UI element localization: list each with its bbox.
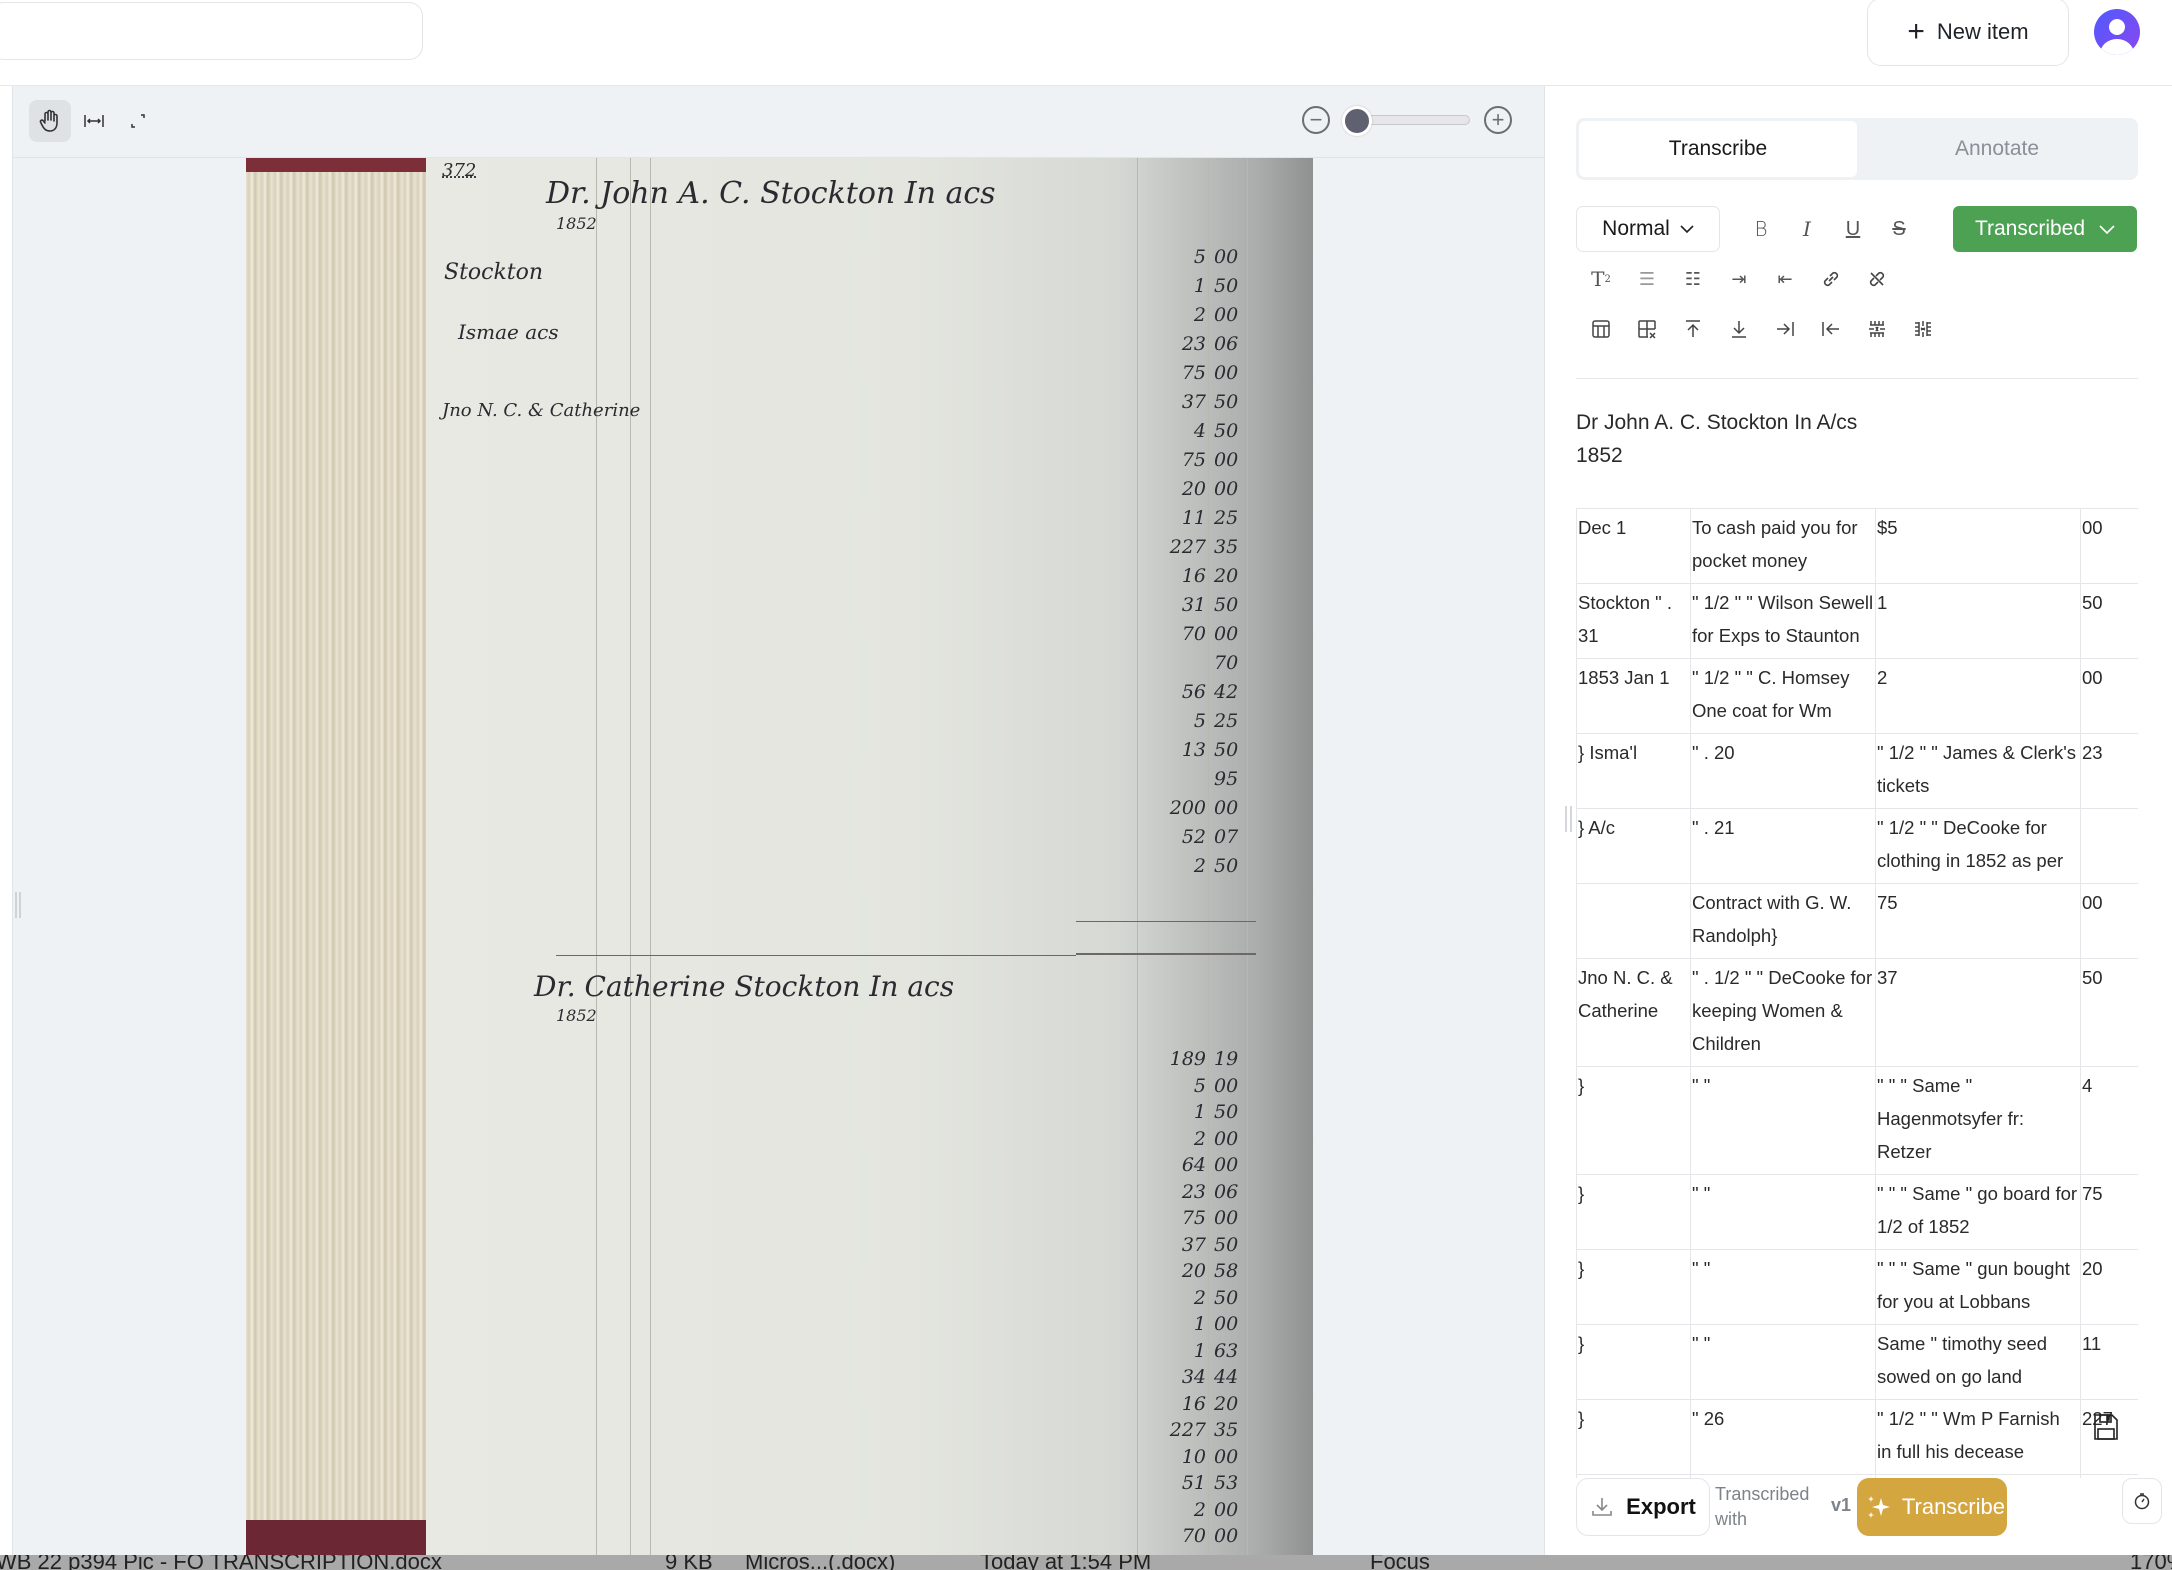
- page-number: 372: [442, 160, 476, 181]
- save-icon[interactable]: [2093, 1413, 2119, 1441]
- ledger-amount-cents: 00: [1214, 1207, 1238, 1229]
- panel-tabs: Transcribe Annotate: [1576, 118, 2138, 180]
- manuscript-image[interactable]: 372 Dr. John A. C. Stockton In acs 1852 …: [246, 158, 1313, 1560]
- export-button[interactable]: Export: [1576, 1478, 1710, 1536]
- ledger-amount-dollars: 75: [1151, 449, 1206, 471]
- table-cell[interactable]: Dec 1: [1577, 509, 1691, 584]
- table-cell[interactable]: " 1/2 " " C. Homsey One coat for Wm: [1691, 659, 1876, 734]
- plus-icon: +: [1907, 17, 1925, 47]
- ledger-amount-dollars: 11: [1151, 507, 1206, 529]
- ledger-amount-cents: 50: [1214, 1101, 1238, 1123]
- sparkle-icon: [1866, 1494, 1892, 1520]
- chevron-down-icon: [1680, 225, 1694, 234]
- table-cell[interactable]: }: [1577, 1067, 1691, 1175]
- ledger-amount-dollars: 5: [1151, 710, 1206, 732]
- ledger-amount-dollars: 1: [1151, 1101, 1206, 1123]
- ledger-amount-cents: 00: [1214, 246, 1238, 268]
- ledger-amount-dollars: 2: [1151, 1499, 1206, 1521]
- ledger-amount-dollars: 34: [1151, 1366, 1206, 1388]
- ledger-amount-cents: 35: [1214, 1419, 1238, 1441]
- ledger-amount-cents: 07: [1214, 826, 1238, 848]
- zoom-in-icon: +: [1492, 109, 1505, 131]
- ledger-amount-dollars: 1: [1151, 1313, 1206, 1335]
- ledger-amount-cents: 50: [1214, 1287, 1238, 1309]
- table-cell[interactable]: 4: [2081, 1067, 2139, 1175]
- ledger-amount-cents: 00: [1214, 1154, 1238, 1176]
- table-cell[interactable]: 2: [1876, 659, 2081, 734]
- ledger-amount-dollars: 4: [1151, 420, 1206, 442]
- ledger-amount-dollars: 227: [1151, 536, 1206, 558]
- ledger-amount-cents: 00: [1214, 478, 1238, 500]
- ledger-amount-dollars: 1: [1151, 275, 1206, 297]
- ledger-amount-cents: 53: [1214, 1472, 1238, 1494]
- delete-table-icon[interactable]: [1630, 312, 1664, 346]
- zoom-out-icon: −: [1310, 109, 1323, 131]
- insert-column-right-icon[interactable]: [1768, 312, 1802, 346]
- table-row: }" "Same " timothy seed sowed on go land…: [1577, 1325, 2139, 1400]
- table-cell[interactable]: } Isma'l: [1577, 734, 1691, 809]
- history-icon: [2133, 1492, 2151, 1510]
- table-row: }" "" " " Same " gun bought for you at L…: [1577, 1250, 2139, 1325]
- account-heading-2: Dr. Catherine Stockton In acs: [534, 970, 954, 1003]
- delete-row-icon[interactable]: [1860, 312, 1894, 346]
- ledger-amount-cents: 70: [1214, 652, 1238, 674]
- ledger-amount-cents: 00: [1214, 623, 1238, 645]
- viewer-toolbar: − +: [13, 86, 1544, 158]
- table-cell[interactable]: Same " timothy seed sowed on go land: [1876, 1325, 2081, 1400]
- ledger-amount-cents: 50: [1214, 391, 1238, 413]
- ledger-amount-cents: 00: [1214, 362, 1238, 384]
- ledger-amount-cents: 00: [1214, 1499, 1238, 1521]
- tab-annotate[interactable]: Annotate: [1858, 121, 2136, 177]
- ai-transcribe-button[interactable]: Transcribe: [1857, 1478, 2007, 1536]
- table-cell[interactable]: " 1/2 " " James & Clerk's tickets: [1876, 734, 2081, 809]
- table-cell[interactable]: 11: [2081, 1325, 2139, 1400]
- ledger-amount-cents: 25: [1214, 710, 1238, 732]
- transcription-table-container[interactable]: Dec 1To cash paid you for pocket money$5…: [1576, 508, 2138, 1538]
- table-cell[interactable]: " " " Same " go board for 1/2 of 1852: [1876, 1175, 2081, 1250]
- ledger-amount-cents: 50: [1214, 594, 1238, 616]
- tab-transcribe[interactable]: Transcribe: [1579, 121, 1857, 177]
- table-cell[interactable]: 75: [1876, 884, 2081, 959]
- ledger-amount-cents: 50: [1214, 1234, 1238, 1256]
- table-cell[interactable]: Contract with G. W. Randolph}: [1691, 884, 1876, 959]
- ledger-amount-cents: 06: [1214, 1181, 1238, 1203]
- ledger-amount-dollars: 2: [1151, 304, 1206, 326]
- table-cell[interactable]: 75: [2081, 1175, 2139, 1250]
- table-row: } Isma'l" . 20" 1/2 " " James & Clerk's …: [1577, 734, 2139, 809]
- unlink-icon[interactable]: [1860, 262, 1894, 296]
- table-cell[interactable]: 20: [2081, 1250, 2139, 1325]
- ledger-amount-cents: 50: [1214, 420, 1238, 442]
- ledger-amount-cents: 35: [1214, 536, 1238, 558]
- ledger-amount-cents: 00: [1214, 449, 1238, 471]
- table-cell[interactable]: " . 20: [1691, 734, 1876, 809]
- ledger-amount-dollars: 75: [1151, 362, 1206, 384]
- transcribed-with-label: Transcribed with: [1715, 1482, 1835, 1532]
- table-cell[interactable]: }: [1577, 1175, 1691, 1250]
- ledger-amount-cents: 00: [1214, 1446, 1238, 1468]
- table-cell[interactable]: " 26: [1691, 1400, 1876, 1475]
- table-cell[interactable]: " ": [1691, 1325, 1876, 1400]
- table-row: }" 26" 1/2 " " Wm P Farnish in full his …: [1577, 1400, 2139, 1475]
- ledger-amount-dollars: 200: [1151, 797, 1206, 819]
- image-viewer: − + 372 Dr. John A. C. Stockton In acs 1…: [12, 86, 1545, 1570]
- table-cell[interactable]: Stockton " . 31: [1577, 584, 1691, 659]
- ledger-amount-dollars: 2: [1151, 1128, 1206, 1150]
- ledger-amount-cents: 00: [1214, 1313, 1238, 1335]
- ledger-amount-cents: 00: [1214, 304, 1238, 326]
- ledger-amount-dollars: 75: [1151, 1207, 1206, 1229]
- table-cell[interactable]: " 1/2 " " Wilson Sewell for Exps to Stau…: [1691, 584, 1876, 659]
- ledger-amount-cents: 42: [1214, 681, 1238, 703]
- new-item-label: New item: [1937, 19, 2029, 45]
- table-cell[interactable]: Jno N. C. & Catherine: [1577, 959, 1691, 1067]
- table-cell[interactable]: " 1/2 " " Wm P Farnish in full his decea…: [1876, 1400, 2081, 1475]
- zoom-slider-thumb[interactable]: [1342, 106, 1372, 136]
- ledger-amount-dollars: 51: [1151, 1472, 1206, 1494]
- account-heading-1: Dr. John A. C. Stockton In acs: [546, 176, 996, 211]
- table-row: }" "" " " Same " Hagenmotsyfer fr: Retze…: [1577, 1067, 2139, 1175]
- ledger-amount-cents: 44: [1214, 1366, 1238, 1388]
- table-cell[interactable]: To cash paid you for pocket money: [1691, 509, 1876, 584]
- ledger-amount-dollars: 23: [1151, 1181, 1206, 1203]
- table-cell[interactable]: " . 21: [1691, 809, 1876, 884]
- table-cell[interactable]: 1: [1876, 584, 2081, 659]
- table-cell[interactable]: " . 1/2 " " DeCooke for keeping Women & …: [1691, 959, 1876, 1067]
- ledger-amount-dollars: 20: [1151, 478, 1206, 500]
- fullscreen-button[interactable]: [117, 100, 159, 142]
- new-item-button[interactable]: + New item: [1867, 0, 2069, 66]
- table-cell[interactable]: } A/c: [1577, 809, 1691, 884]
- top-header: + New item: [0, 0, 2172, 86]
- table-row: } A/c" . 21" 1/2 " " DeCooke for clothin…: [1577, 809, 2139, 884]
- left-resize-handle[interactable]: [15, 892, 21, 918]
- table-cell[interactable]: 50: [2081, 959, 2139, 1067]
- table-cell[interactable]: }: [1577, 1400, 1691, 1475]
- version-label: v1: [1831, 1495, 1851, 1516]
- table-cell[interactable]: 00: [2081, 509, 2139, 584]
- table-row: Contract with G. W. Randolph}7500: [1577, 884, 2139, 959]
- chevron-down-icon: [2099, 225, 2115, 234]
- ledger-amount-cents: 95: [1214, 768, 1238, 790]
- insert-row-below-icon[interactable]: [1722, 312, 1756, 346]
- superscript-icon[interactable]: T2: [1584, 262, 1618, 296]
- ledger-amount-dollars: 31: [1151, 594, 1206, 616]
- table-row: 1853 Jan 1" 1/2 " " C. Homsey One coat f…: [1577, 659, 2139, 734]
- panel-footer: Export Transcribed with v1 Transcribe: [1545, 1478, 2172, 1538]
- ledger-amount-dollars: 16: [1151, 1393, 1206, 1415]
- table-cell[interactable]: }: [1577, 1250, 1691, 1325]
- ledger-amount-dollars: 20: [1151, 1260, 1206, 1282]
- search-input[interactable]: [0, 2, 423, 60]
- history-button[interactable]: [2122, 1478, 2162, 1524]
- pan-tool-button[interactable]: [29, 100, 71, 142]
- transcription-status-dropdown[interactable]: Transcribed: [1953, 206, 2137, 252]
- table-cell[interactable]: 50: [2081, 584, 2139, 659]
- strikethrough-icon[interactable]: S: [1882, 212, 1916, 246]
- table-cell[interactable]: 23: [2081, 734, 2139, 809]
- ledger-amount-dollars: 189: [1151, 1048, 1206, 1070]
- transcription-table[interactable]: Dec 1To cash paid you for pocket money$5…: [1576, 508, 2138, 1517]
- ledger-amount-dollars: 13: [1151, 739, 1206, 761]
- ledger-amount-cents: 50: [1214, 739, 1238, 761]
- ledger-amount-dollars: 227: [1151, 1419, 1206, 1441]
- zoom-out-button[interactable]: −: [1302, 106, 1330, 134]
- italic-icon[interactable]: I: [1790, 212, 1824, 246]
- ledger-amount-cents: 00: [1214, 1128, 1238, 1150]
- ledger-amount-cents: 00: [1214, 797, 1238, 819]
- table-row: Dec 1To cash paid you for pocket money$5…: [1577, 509, 2139, 584]
- page-edges: [246, 158, 426, 1560]
- ledger-amount-dollars: 70: [1151, 623, 1206, 645]
- fit-width-button[interactable]: [73, 100, 115, 142]
- numbered-list-icon[interactable]: ☷: [1676, 262, 1710, 296]
- transcription-panel: Transcribe Annotate Normal B I U S Trans…: [1545, 86, 2172, 1570]
- ledger-amount-dollars: 1: [1151, 1340, 1206, 1362]
- table-row: Stockton " . 31" 1/2 " " Wilson Sewell f…: [1577, 584, 2139, 659]
- table-cell[interactable]: 37: [1876, 959, 2081, 1067]
- table-cell[interactable]: " ": [1691, 1175, 1876, 1250]
- table-cell[interactable]: [2081, 809, 2139, 884]
- indent-icon[interactable]: ⇥: [1722, 262, 1756, 296]
- table-cell[interactable]: 1853 Jan 1: [1577, 659, 1691, 734]
- zoom-in-button[interactable]: +: [1484, 106, 1512, 134]
- background-window-strip: WB 22 p394 Pic - FO TRANSCRIPTION.docx 9…: [0, 1555, 2172, 1570]
- download-icon: [1590, 1495, 1614, 1519]
- ledger-amount-cents: 06: [1214, 333, 1238, 355]
- table-cell[interactable]: 00: [2081, 659, 2139, 734]
- table-icon[interactable]: [1584, 312, 1618, 346]
- ledger-amount-cents: 00: [1214, 1075, 1238, 1097]
- outdent-icon[interactable]: ⇤: [1768, 262, 1802, 296]
- table-cell[interactable]: 00: [2081, 884, 2139, 959]
- underline-icon[interactable]: U: [1836, 212, 1870, 246]
- ledger-amount-dollars: 5: [1151, 246, 1206, 268]
- right-resize-handle[interactable]: [1565, 806, 1572, 832]
- table-cell[interactable]: [1577, 884, 1691, 959]
- insert-column-left-icon[interactable]: [1814, 312, 1848, 346]
- table-cell[interactable]: " ": [1691, 1067, 1876, 1175]
- app-window: + New item − +: [0, 0, 2172, 1570]
- ledger-amount-cents: 19: [1214, 1048, 1238, 1070]
- insert-row-above-icon[interactable]: [1676, 312, 1710, 346]
- bold-icon[interactable]: B: [1744, 212, 1778, 246]
- table-cell[interactable]: " 1/2 " " DeCooke for clothing in 1852 a…: [1876, 809, 2081, 884]
- ledger-amount-dollars: 70: [1151, 1525, 1206, 1547]
- expand-icon: [129, 112, 147, 130]
- table-cell[interactable]: " " " Same " Hagenmotsyfer fr: Retzer: [1876, 1067, 2081, 1175]
- link-icon[interactable]: [1814, 262, 1848, 296]
- ledger-amount-cents: 20: [1214, 565, 1238, 587]
- bullet-list-icon[interactable]: ☰: [1630, 262, 1664, 296]
- user-avatar-icon[interactable]: [2094, 9, 2140, 55]
- document-title[interactable]: Dr John A. C. Stockton In A/cs 1852: [1576, 406, 1857, 472]
- ledger-amount-dollars: 64: [1151, 1154, 1206, 1176]
- ledger-amount-dollars: 37: [1151, 1234, 1206, 1256]
- ledger-amount-cents: 50: [1214, 855, 1238, 877]
- ledger-amount-dollars: 10: [1151, 1446, 1206, 1468]
- toolbar-divider: [1576, 378, 2138, 379]
- ledger-amount-dollars: 5: [1151, 1075, 1206, 1097]
- text-style-select[interactable]: Normal: [1576, 206, 1720, 252]
- fit-width-icon: [83, 113, 105, 129]
- ledger-amount-dollars: 2: [1151, 855, 1206, 877]
- table-cell[interactable]: " ": [1691, 1250, 1876, 1325]
- table-row: Jno N. C. & Catherine" . 1/2 " " DeCooke…: [1577, 959, 2139, 1067]
- hand-icon: [39, 109, 61, 133]
- ledger-amount-cents: 25: [1214, 507, 1238, 529]
- ledger-amount-cents: 50: [1214, 275, 1238, 297]
- ledger-amount-dollars: 56: [1151, 681, 1206, 703]
- table-cell[interactable]: " " " Same " gun bought for you at Lobba…: [1876, 1250, 2081, 1325]
- ledger-amount-dollars: 2: [1151, 1287, 1206, 1309]
- table-cell[interactable]: $5: [1876, 509, 2081, 584]
- ledger-amount-cents: 20: [1214, 1393, 1238, 1415]
- ledger-amount-dollars: 16: [1151, 565, 1206, 587]
- ledger-amount-dollars: 37: [1151, 391, 1206, 413]
- delete-column-icon[interactable]: [1906, 312, 1940, 346]
- ledger-amount-dollars: 52: [1151, 826, 1206, 848]
- ledger-amount-dollars: 23: [1151, 333, 1206, 355]
- table-row: }" "" " " Same " go board for 1/2 of 185…: [1577, 1175, 2139, 1250]
- table-cell[interactable]: }: [1577, 1325, 1691, 1400]
- ledger-amount-cents: 63: [1214, 1340, 1238, 1362]
- ledger-amount-cents: 00: [1214, 1525, 1238, 1547]
- ledger-amount-cents: 58: [1214, 1260, 1238, 1282]
